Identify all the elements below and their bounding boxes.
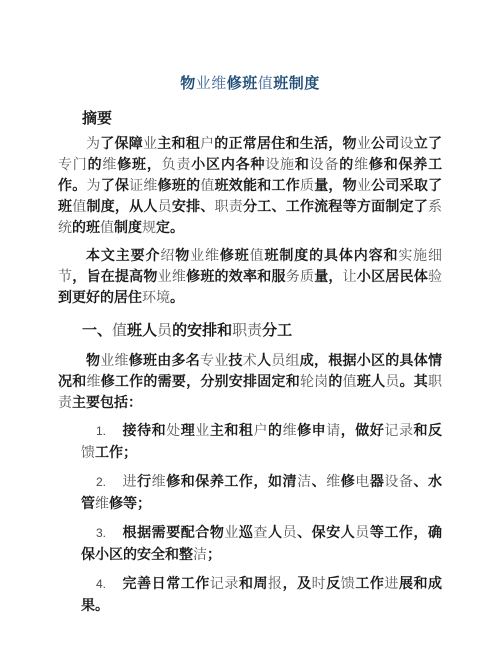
- text-run: 馈: [81, 444, 95, 460]
- list-number: 3.: [96, 526, 122, 540]
- text-run: 了保障: [100, 135, 143, 151]
- text-run: ，旨在提高物: [72, 268, 157, 284]
- text-run: 了保: [101, 177, 129, 193]
- text-run: 和周: [239, 575, 268, 591]
- text-run: 洁: [193, 546, 207, 562]
- text-run: 物: [86, 352, 100, 368]
- text-run: 修等；: [109, 495, 151, 511]
- text-run: 记录: [384, 422, 413, 438]
- list-item: 3.根据需要配合物业巡查人员、保安人员等工作，确保小区的安全和整洁；: [81, 522, 442, 565]
- list-number: 2.: [96, 475, 122, 489]
- text-run: 班制度: [273, 75, 320, 92]
- text-run: 班人: [357, 373, 385, 389]
- text-run: 修班由多名: [129, 352, 200, 368]
- text-run: 设备: [384, 473, 413, 489]
- text-run: 员: [355, 524, 370, 540]
- document-body: 物业维修班值班制度摘要为了保障业主和租户的正常居住和生活，物业公司设立了专门的维…: [0, 0, 500, 616]
- text-run: 为: [86, 135, 100, 151]
- text-run: ，做好: [341, 422, 385, 438]
- text-run: 人: [257, 352, 271, 368]
- text-run: 设施: [265, 156, 295, 172]
- list-number: 4.: [96, 577, 122, 591]
- text-run: 业维: [158, 268, 186, 284]
- text-run: 进: [122, 473, 137, 489]
- list-item: 4.完善日常工作记录和周报，及时反馈工作进展和成果。: [81, 573, 442, 616]
- text-run: 公司: [371, 135, 400, 151]
- text-run: 值: [250, 247, 265, 263]
- text-run: 定。: [156, 219, 184, 235]
- text-run: 接待和: [122, 422, 166, 438]
- text-run: 主要包括：: [72, 394, 142, 410]
- document-page: 物业维修班值班制度摘要为了保障业主和租户的正常居住和生活，物业公司设立了专门的维…: [0, 0, 500, 647]
- text-run: 电: [355, 473, 370, 489]
- text-run: 。其: [400, 373, 428, 389]
- text-run: 务质: [286, 268, 314, 284]
- text-run: 的: [328, 373, 342, 389]
- text-run: 报: [268, 575, 283, 591]
- text-run: 查: [253, 524, 268, 540]
- text-run: 专业: [200, 352, 229, 368]
- text-run: 值: [100, 219, 114, 235]
- text-run: 一、: [82, 322, 112, 339]
- text-run: 处: [166, 422, 181, 438]
- text-run: 维: [152, 473, 167, 489]
- text-run: 进: [384, 575, 399, 591]
- text-run: 修班，: [117, 156, 161, 172]
- text-run: 业维: [190, 247, 220, 263]
- text-run: 主和租: [157, 135, 200, 151]
- text-run: 设: [400, 135, 414, 151]
- text-run: 员: [157, 322, 172, 339]
- text-run: 分工、工作流程等方面制定了: [243, 198, 428, 214]
- text-run: 时: [312, 575, 327, 591]
- text-run: 规: [142, 219, 156, 235]
- text-run: 修工作的需要，分别安排固定和: [101, 373, 300, 389]
- text-run: 设备: [310, 156, 340, 172]
- text-run: 洁: [297, 473, 312, 489]
- text-run: 修和保养工作，如清: [166, 473, 297, 489]
- text-run: 摘要: [82, 110, 112, 127]
- text-run: 理: [181, 422, 196, 438]
- text-run: 的安排和: [172, 322, 232, 339]
- text-run: 行: [137, 473, 152, 489]
- text-run: 业: [357, 177, 371, 193]
- text-run: 班人: [127, 322, 157, 339]
- text-run: 反: [326, 575, 341, 591]
- text-run: 制度: [114, 219, 142, 235]
- text-run: 安排、: [172, 198, 215, 214]
- text-run: 维: [326, 473, 341, 489]
- text-run: 物: [175, 247, 190, 263]
- text-run: 值: [343, 373, 357, 389]
- text-run: 业维: [196, 75, 227, 92]
- text-run: 修班: [227, 75, 258, 92]
- text-run: 绍: [160, 247, 175, 263]
- text-run: 小区居民体: [357, 268, 428, 284]
- text-run: 记录: [210, 575, 239, 591]
- text-run: 根据需要配合物: [122, 524, 224, 540]
- text-run: 业: [143, 135, 157, 151]
- text-run: 的: [339, 156, 354, 172]
- text-run: 验: [428, 268, 442, 284]
- text-run: 工作: [355, 575, 384, 591]
- text-run: 的: [268, 422, 283, 438]
- text-run: 制度，从人: [86, 198, 157, 214]
- text-run: 修申: [297, 422, 326, 438]
- text-run: 本文主要介: [86, 247, 160, 263]
- text-run: 小区内各种: [191, 156, 265, 172]
- text-run: 完善日常工作: [122, 575, 210, 591]
- text-run: 到更好的居住: [58, 289, 142, 305]
- text-run: 质: [300, 177, 314, 193]
- text-run: 员: [283, 524, 298, 540]
- text-run: 和: [295, 156, 310, 172]
- text-run: ；: [207, 546, 221, 562]
- text-run: 专门: [58, 156, 88, 172]
- paragraph: 为了保障业主和租户的正常居住和生活，物业公司设立了专门的维修班，负责小区内各种设…: [58, 133, 442, 238]
- text-run: 户: [200, 135, 214, 151]
- text-run: 、保安人: [297, 524, 355, 540]
- text-run: 馈: [341, 575, 356, 591]
- text-run: 员组: [271, 352, 300, 368]
- paragraph: 物业维修班由多名专业技术人员组成，根据小区的具体情况和维修工作的需要，分别安排固…: [58, 350, 442, 413]
- text-run: 器: [370, 473, 385, 489]
- text-run: 量，: [314, 268, 342, 284]
- text-run: 轮岗: [300, 373, 328, 389]
- text-run: 为: [86, 177, 100, 193]
- text-run: 主和租: [210, 422, 254, 438]
- text-run: 、: [312, 473, 327, 489]
- text-run: 员: [385, 373, 399, 389]
- abstract-heading: 摘要: [58, 108, 442, 130]
- text-run: 的正常居住和生活，物: [214, 135, 357, 151]
- text-run: 班效能和工作: [215, 177, 300, 193]
- document-title: 物业维修班值班制度: [58, 74, 442, 94]
- text-run: 维: [102, 156, 117, 172]
- text-run: 的: [88, 156, 103, 172]
- text-run: ，及: [283, 575, 312, 591]
- text-run: 业: [357, 135, 371, 151]
- list-number: 1.: [96, 424, 122, 438]
- text-run: 值: [200, 177, 214, 193]
- text-run: 立了: [414, 135, 442, 151]
- text-run: 修班: [220, 247, 250, 263]
- text-run: 负责: [162, 156, 192, 172]
- text-run: 班制度的具体内容和: [264, 247, 398, 263]
- text-run: 的班: [72, 219, 100, 235]
- text-run: 业: [195, 422, 210, 438]
- text-run: 值: [112, 322, 127, 339]
- text-run: 证维: [129, 177, 157, 193]
- text-run: 人: [268, 524, 283, 540]
- text-run: 环境: [142, 289, 170, 305]
- text-run: 职责: [232, 322, 262, 339]
- text-run: 。: [170, 289, 184, 305]
- text-run: 修班的: [158, 177, 201, 193]
- text-run: 业: [224, 524, 239, 540]
- text-run: 维: [283, 422, 298, 438]
- text-run: 员: [158, 198, 172, 214]
- text-run: 分工: [262, 322, 292, 339]
- text-run: 请: [326, 422, 341, 438]
- text-run: 维: [86, 373, 100, 389]
- text-run: 维: [354, 156, 369, 172]
- text-run: 业维: [100, 352, 129, 368]
- text-run: 修班的效率和服: [186, 268, 286, 284]
- text-run: 修: [341, 473, 356, 489]
- text-run: 巡: [239, 524, 254, 540]
- text-run: 让: [343, 268, 357, 284]
- text-run: 值: [258, 75, 274, 92]
- text-run: 工作；: [95, 444, 137, 460]
- text-run: 维: [95, 495, 109, 511]
- text-run: 物: [180, 75, 196, 92]
- list-item: 2.进行维修和保养工作，如清洁、维修电器设备、水管维修等；: [81, 471, 442, 514]
- paragraph: 本文主要介绍物业维修班值班制度的具体内容和实施细节，旨在提高物业维修班的效率和服…: [58, 245, 442, 308]
- text-run: 值: [72, 198, 86, 214]
- text-run: 和反: [414, 422, 443, 438]
- text-run: 户: [253, 422, 268, 438]
- list-item: 1.接待和处理业主和租户的维修申请，做好记录和反馈工作；: [81, 420, 442, 463]
- text-run: 量，物: [314, 177, 357, 193]
- text-run: 技: [229, 352, 243, 368]
- section-heading: 一、值班人员的安排和职责分工: [58, 320, 442, 342]
- text-run: 职责: [215, 198, 243, 214]
- text-run: 术: [243, 352, 257, 368]
